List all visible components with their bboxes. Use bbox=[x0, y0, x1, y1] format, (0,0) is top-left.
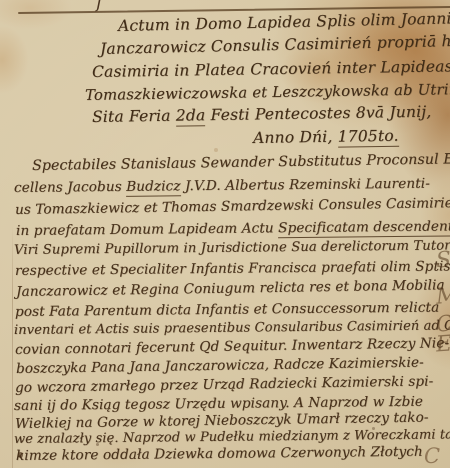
body-line: Viri Supremi Pupillorum in Jurisdictione… bbox=[14, 238, 450, 258]
body-line: in praefatam Domum Lapideam Actu Specifi… bbox=[16, 218, 450, 239]
manuscript-page: ſ Actum in Domo Lapidea Splis olim Joann… bbox=[0, 0, 450, 468]
header-line: Actum in Domo Lapidea Splis olim Joannis bbox=[118, 9, 450, 35]
underlined-text: Budzicz bbox=[126, 178, 181, 197]
body-line: kimze ktore oddała Dziewka domowa Czerwo… bbox=[16, 444, 423, 464]
header-text: Sita Feria bbox=[92, 107, 176, 126]
body-line: inventari et Actis suis praesentibus Con… bbox=[14, 318, 450, 338]
body-text: J.V.D. Albertus Rzeminski Laurenti- bbox=[181, 176, 430, 195]
header-line: Janczarowicz Consulis Casimirień propriā… bbox=[100, 32, 450, 58]
body-line: post Fata Parentum dicta Infantis et Con… bbox=[15, 300, 439, 320]
header-text: Casimiria in Platea Cracovień inter Lapi… bbox=[92, 57, 450, 81]
body-text: Viri Supremi Pupillorum in Jurisdictione… bbox=[14, 238, 450, 258]
body-text: post Fata Parentum dicta Infantis et Con… bbox=[15, 300, 439, 320]
margin-bleed-letter: S bbox=[435, 248, 450, 274]
header-text: Janczarowicz Consulis Casimirień propriā… bbox=[100, 32, 450, 58]
body-line: cellens Jacobus Budzicz J.V.D. Albertus … bbox=[14, 176, 430, 196]
body-text: us Tomaszkiewicz et Thomas Smardzewski C… bbox=[15, 195, 450, 218]
corner-flourish: C bbox=[424, 444, 440, 468]
header-text: Actum in Domo Lapidea Splis olim Joannis bbox=[118, 9, 450, 35]
underlined-year: 1705to. bbox=[337, 127, 398, 148]
header-line-date: Anno Dńi, 1705to. bbox=[253, 127, 399, 147]
ink-speck bbox=[372, 427, 375, 430]
body-text: in praefatam Domum Lapideam Actu bbox=[16, 220, 278, 239]
ink-speck bbox=[96, 443, 99, 446]
stain-speck bbox=[214, 148, 218, 152]
header-line: Tomaszkiewiczowska et Leszczykowska ab U… bbox=[85, 81, 450, 104]
body-line: go wczora zmarłego przez Urząd Radziecki… bbox=[15, 373, 434, 396]
underlined-text: 2da bbox=[176, 106, 206, 126]
body-line: Spectabiles Stanislaus Sewander Substitu… bbox=[32, 151, 450, 174]
body-text: kimze ktore oddała Dziewka domowa Czerwo… bbox=[16, 444, 423, 464]
fold-crease bbox=[12, 225, 13, 468]
body-text: inventari et Actis suis praesentibus Con… bbox=[14, 318, 450, 338]
body-line: us Tomaszkiewicz et Thomas Smardzewski C… bbox=[15, 195, 450, 218]
header-line: Sita Feria 2da Festi Pentecostes 8vā Jun… bbox=[92, 103, 432, 126]
header-text: Festi Pentecostes 8vā Junij, bbox=[205, 103, 431, 125]
underlined-text: Specificatam descendentes bbox=[278, 218, 450, 238]
body-text: Janczarowicz et Regina Coniugum relicta … bbox=[16, 277, 445, 300]
body-text: cellens Jacobus bbox=[14, 179, 126, 196]
header-text: Tomaszkiewiczowska et Leszczykowska ab U… bbox=[85, 81, 450, 104]
body-line: respective et Specialiter Infantis Franc… bbox=[15, 258, 450, 279]
margin-bleed-letter: E bbox=[435, 331, 450, 357]
body-text: Spectabiles Stanislaus Sewander Substitu… bbox=[32, 151, 450, 174]
header-text: Anno Dńi, bbox=[253, 128, 338, 147]
body-line: Janczarowicz et Regina Coniugum relicta … bbox=[16, 277, 445, 300]
header-line: Casimiria in Platea Cracovień inter Lapi… bbox=[92, 57, 450, 81]
body-text: go wczora zmarłego przez Urząd Radziecki… bbox=[15, 373, 434, 396]
ink-speck bbox=[18, 452, 23, 458]
body-text: respective et Specialiter Infantis Franc… bbox=[15, 258, 450, 279]
margin-bleed-letter: M bbox=[435, 283, 450, 310]
